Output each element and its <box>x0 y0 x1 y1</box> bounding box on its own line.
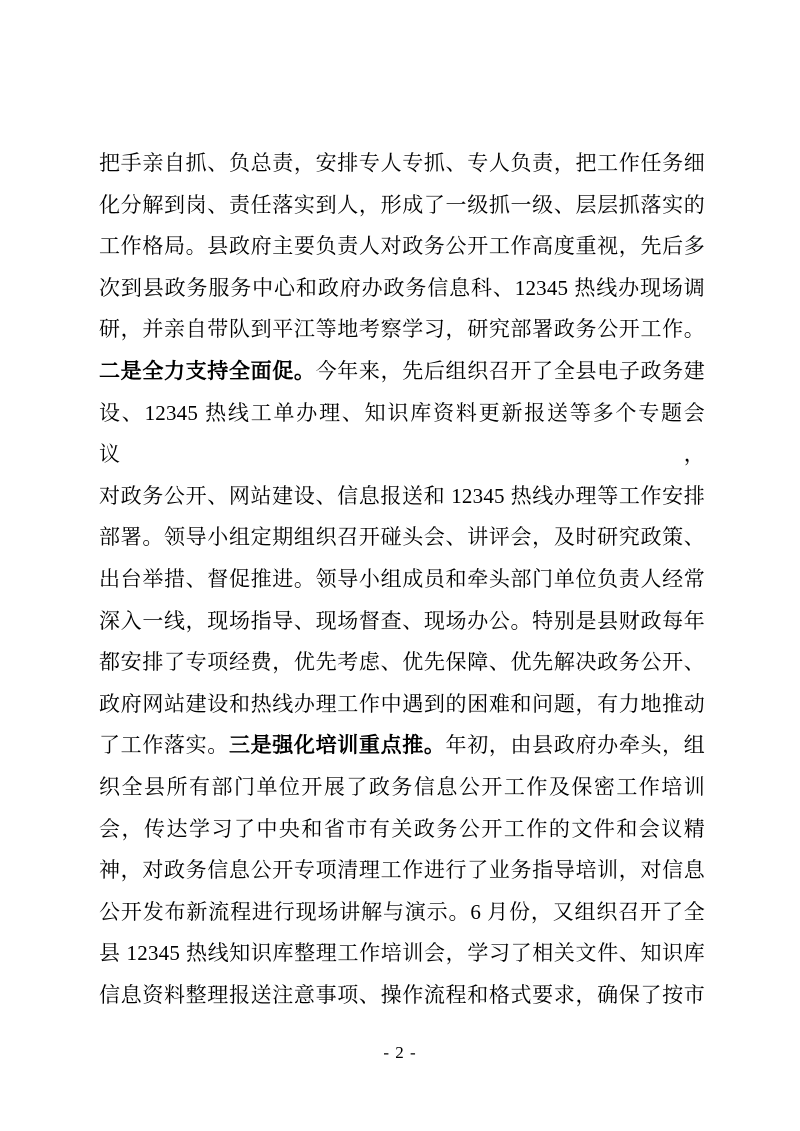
section-heading-two: 二是全力支持全面促。 <box>99 359 316 383</box>
text-line: 把手亲自抓、负总责，安排专人专抓、专人负责，把工作任务细 <box>99 143 705 185</box>
document-body: 把手亲自抓、负总责，安排专人专抓、专人负责，把工作任务细 化分解到岗、责任落实到… <box>99 143 705 1016</box>
text-line: 设、12345 热线工单办理、知识库资料更新报送等多个专题会议， <box>99 393 705 476</box>
text-line: 神，对政务信息公开专项清理工作进行了业务指导培训，对信息 <box>99 850 705 892</box>
text-line: 公开发布新流程进行现场讲解与演示。6 月份，又组织召开了全 <box>99 892 705 934</box>
text-line: 出台举措、督促推进。领导小组成员和牵头部门单位负责人经常 <box>99 559 705 601</box>
section-heading-three: 三是强化培训重点推。 <box>229 733 446 757</box>
text-line: 都安排了专项经费，优先考虑、优先保障、优先解决政务公开、 <box>99 642 705 684</box>
text-line: 次到县政务服务中心和政府办政务信息科、12345 热线办现场调 <box>99 268 705 310</box>
text-line: 部署。领导小组定期组织召开碰头会、讲评会，及时研究政策、 <box>99 517 705 559</box>
text-segment: 了工作落实。 <box>99 733 229 757</box>
text-segment: 年初，由县政府办牵头，组 <box>446 733 705 757</box>
text-line: 织全县所有部门单位开展了政务信息公开工作及保密工作培训 <box>99 767 705 809</box>
document-page: 把手亲自抓、负总责，安排专人专抓、专人负责，把工作任务细 化分解到岗、责任落实到… <box>0 0 800 1131</box>
text-line: 县 12345 热线知识库整理工作培训会，学习了相关文件、知识库 <box>99 933 705 975</box>
page-number: - 2 - <box>0 1042 800 1064</box>
text-line: 深入一线，现场指导、现场督查、现场办公。特别是县财政每年 <box>99 601 705 643</box>
text-line: 化分解到岗、责任落实到人，形成了一级抓一级、层层抓落实的 <box>99 185 705 227</box>
text-line: 信息资料整理报送注意事项、操作流程和格式要求，确保了按市 <box>99 975 705 1017</box>
text-line: 了工作落实。三是强化培训重点推。年初，由县政府办牵头，组 <box>99 725 705 767</box>
text-line: 对政务公开、网站建设、信息报送和 12345 热线办理等工作安排 <box>99 476 705 518</box>
text-line: 政府网站建设和热线办理工作中遇到的困难和问题，有力地推动 <box>99 684 705 726</box>
text-segment: 今年来，先后组织召开了全县电子政务建 <box>316 359 705 383</box>
text-line: 工作格局。县政府主要负责人对政务公开工作高度重视，先后多 <box>99 226 705 268</box>
text-line: 二是全力支持全面促。今年来，先后组织召开了全县电子政务建 <box>99 351 705 393</box>
text-line: 会，传达学习了中央和省市有关政务公开工作的文件和会议精 <box>99 809 705 851</box>
text-line: 研，并亲自带队到平江等地考察学习，研究部署政务公开工作。 <box>99 309 705 351</box>
